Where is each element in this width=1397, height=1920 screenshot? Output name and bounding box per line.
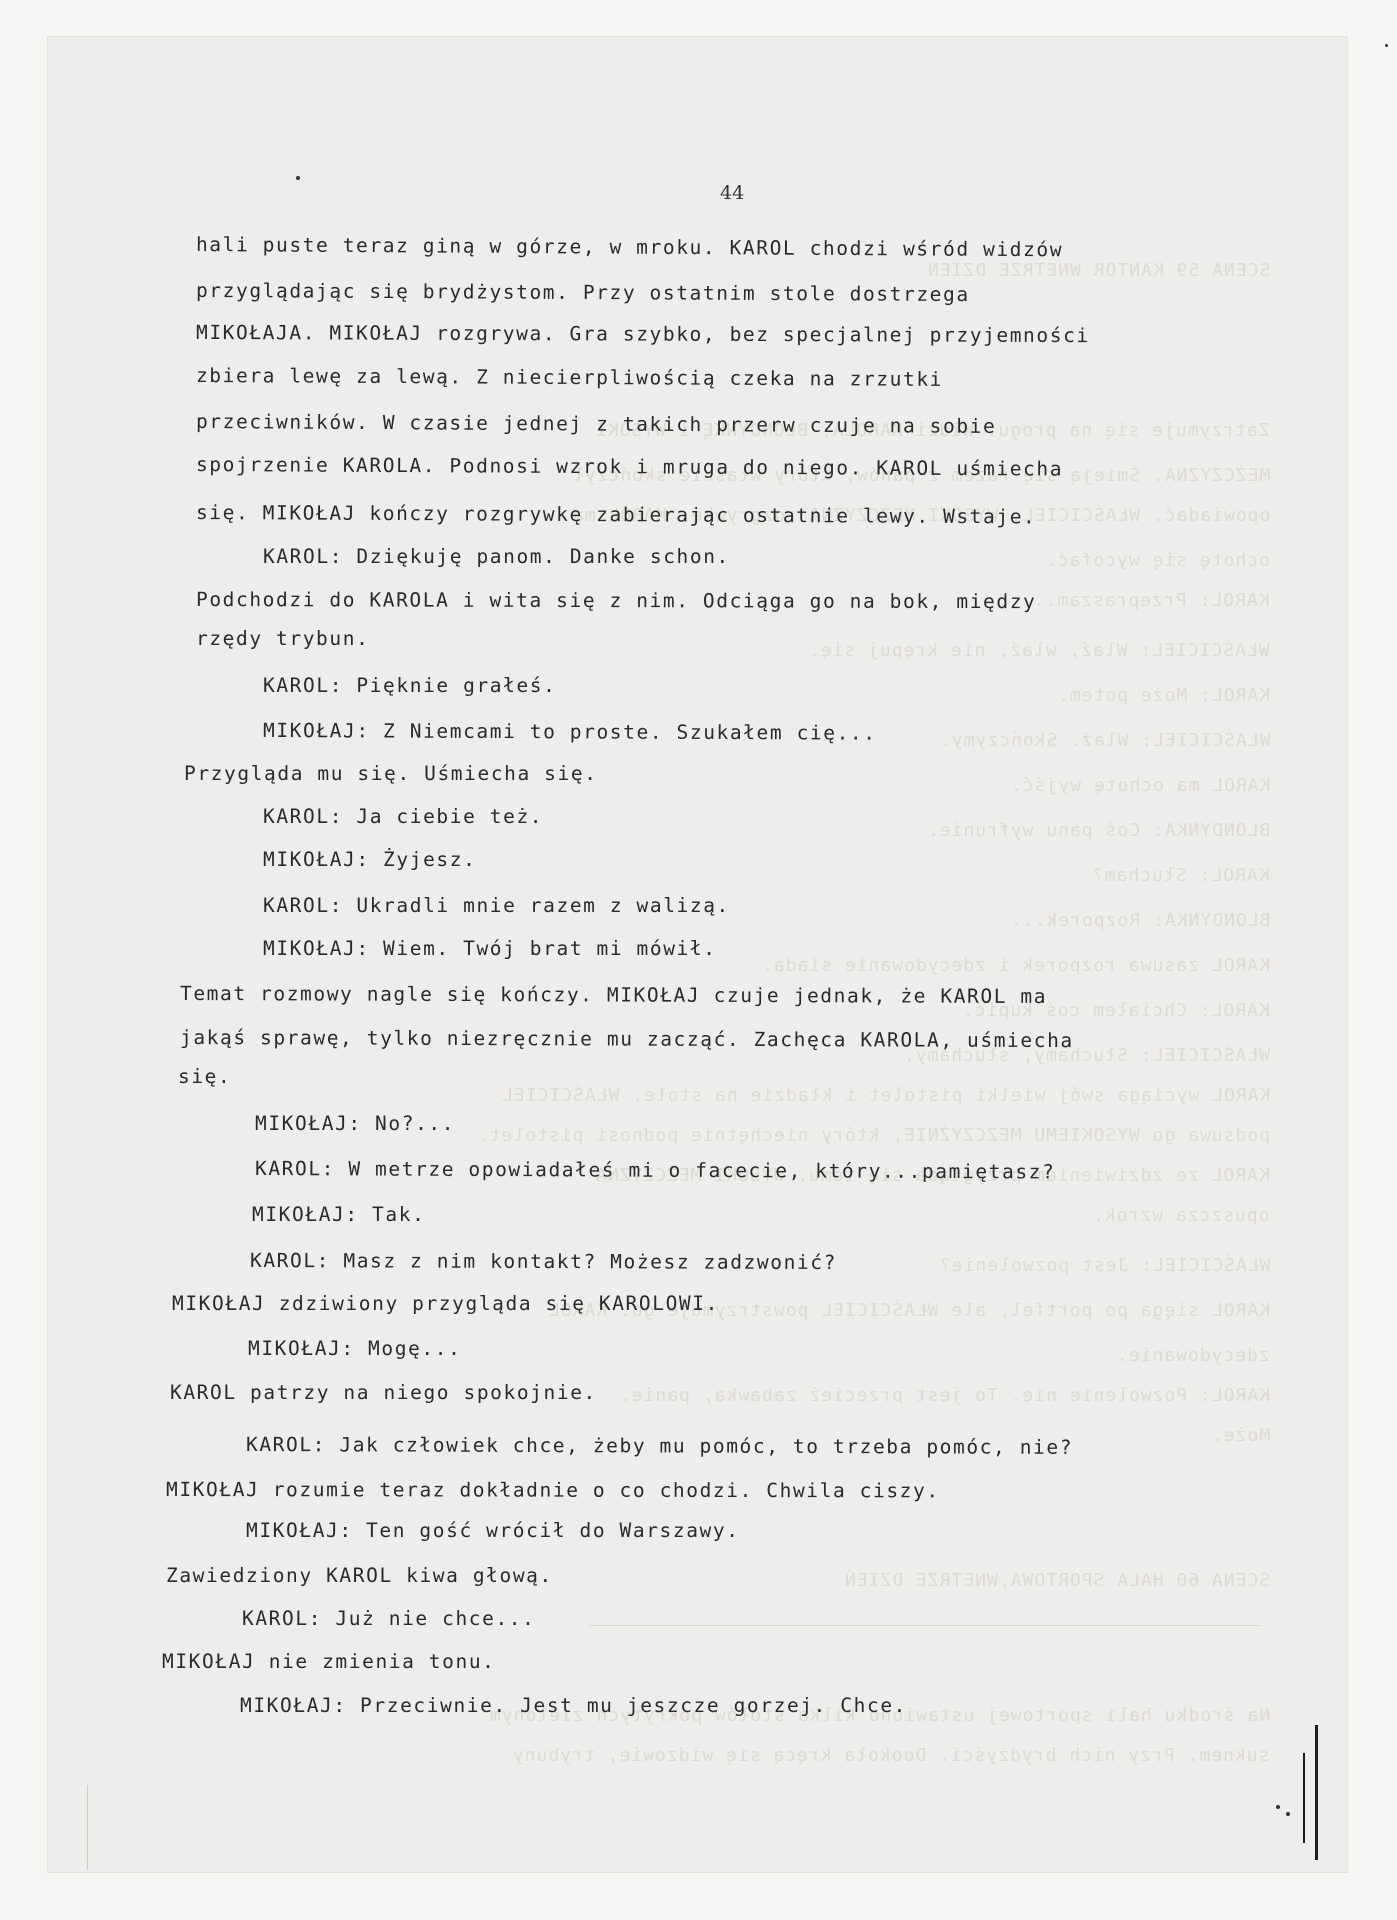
narrative-line: zbiera lewę za lewą. Z niecierpliwością … [196,366,943,389]
stray-mark [1385,44,1388,47]
narrative-line: MIKOŁAJ rozumie teraz dokładnie o co cho… [166,1480,940,1501]
narrative-line: rzędy trybun. [196,629,369,649]
margin-mark [1303,1753,1305,1843]
bleed-line: KAROL ma ochotę wyjść. [1010,775,1270,796]
dialogue-line: KAROL: W metrze opowiadałeś mi o facecie… [255,1159,1055,1182]
dialogue-line: KAROL: Dziękuję panom. Danke schon. [263,547,730,567]
bleed-line: KAROL: Pozwolenie nie. To jest przecież … [619,1385,1270,1406]
dialogue-line: MIKOŁAJ: Ten gość wrócił do Warszawy. [246,1521,740,1541]
page-number: 44 [720,182,744,204]
narrative-line: MIKOŁAJA. MIKOŁAJ rozgrywa. Gra szybko, … [196,323,1090,346]
narrative-line: Zawiedziony KAROL kiwa głową. [166,1566,553,1586]
bleed-line: KAROL: Słucham? [1092,865,1270,886]
bleed-line: podsuwa go WYSOKIEMU MEŻCZYŹNIE, który n… [477,1125,1270,1146]
dialogue-line: KAROL: Już nie chce... [242,1609,535,1629]
bleed-rule [590,1625,1260,1626]
narrative-line: się. MIKOŁAJ kończy rozgrywkę zabierając… [196,503,1037,527]
bleed-line: KAROL wyciąga swój wielki pistolet i kła… [501,1085,1270,1106]
dialogue-line: KAROL: Masz z nim kontakt? Możesz zadzwo… [250,1251,837,1273]
narrative-line: Podchodzi do KAROLA i wita się z nim. Od… [196,590,1036,612]
narrative-line: KAROL patrzy na niego spokojnie. [170,1383,597,1403]
dialogue-line: MIKOŁAJ: Wiem. Twój brat mi mówił. [263,939,717,959]
stray-mark [296,176,300,180]
dialogue-line: MIKOŁAJ: Żyjesz. [263,850,476,870]
dialogue-line: MIKOŁAJ: Mogę... [248,1339,461,1359]
narrative-line: MIKOŁAJ nie zmienia tonu. [162,1652,496,1672]
dialogue-line: KAROL: Pięknie grałeś. [263,676,556,696]
bleed-line: opuszcza wzrok. [1092,1205,1270,1226]
margin-mark [1315,1725,1318,1860]
bleed-line: WŁAŚCICIEL: Wlaź, wlaź, nie krępuj się. [808,640,1270,661]
bleed-line: BLONDYNKA: Rozporek... [1010,910,1270,931]
narrative-line: Temat rozmowy nagle się kończy. MIKOŁAJ … [180,984,1047,1007]
dialogue-line: MIKOŁAJ: Z Niemcami to proste. Szukałem … [263,721,877,743]
margin-line [87,1785,88,1870]
bleed-line: KAROL: Przepraszam... [1021,590,1270,611]
dialogue-line: MIKOŁAJ: Tak. [252,1205,425,1225]
narrative-line: jakąś sprawę, tylko niezręcznie mu zaczą… [180,1028,1074,1051]
dialogue-line: KAROL: Jak człowiek chce, żeby mu pomóc,… [246,1435,1073,1457]
dialogue-line: MIKOŁAJ: No?... [255,1114,455,1134]
bleed-line: SCENA 60 HALA SPORTOWA,WNETRZE DZIEŃ [844,1570,1270,1591]
narrative-line: Przygląda mu się. Uśmiecha się. [184,764,598,784]
narrative-line: spojrzenie KAROLA. Podnosi wzrok i mruga… [196,455,1063,479]
margin-dot [1286,1812,1290,1816]
narrative-line: przeciwników. W czasie jednej z takich p… [196,412,997,436]
bleed-line: BLONDYNKA: Coś panu wyfrunie. [927,820,1270,841]
bleed-line: KAROL: Może potem. [1057,685,1270,706]
bleed-line: SCENA 59 KANTOR WNETRZE DZIEN [927,260,1270,281]
bleed-line: suknem. Przy nich brydżyści. Dookoła krę… [512,1745,1270,1766]
narrative-line: MIKOŁAJ zdziwiony przygląda się KAROLOWI… [172,1294,719,1314]
bleed-line: Może. [1211,1425,1270,1446]
dialogue-line: MIKOŁAJ: Przeciwnie. Jest mu jeszcze gor… [240,1696,907,1716]
narrative-line: się. [178,1067,231,1087]
narrative-line: przyglądając się brydżystom. Przy ostatn… [196,281,970,305]
bleed-line: WŁAŚCICIEL: Wlaź. Skończymy. [939,730,1270,751]
bleed-line: KAROL zasuwa rozporek i zdecydowanie sia… [761,955,1270,976]
bleed-line: WŁAŚCICIEL: Jest pozwolenie? [939,1255,1270,1276]
bleed-line: zdecydowanie. [1116,1345,1270,1366]
bleed-line: ochotę się wycofać. [1045,550,1270,571]
dialogue-line: KAROL: Ukradli mnie razem z walizą. [263,896,730,916]
margin-dot [1276,1805,1280,1809]
dialogue-line: KAROL: Ja ciebie też. [263,807,543,827]
narrative-line: hali puste teraz giną w górze, w mroku. … [196,235,1063,260]
